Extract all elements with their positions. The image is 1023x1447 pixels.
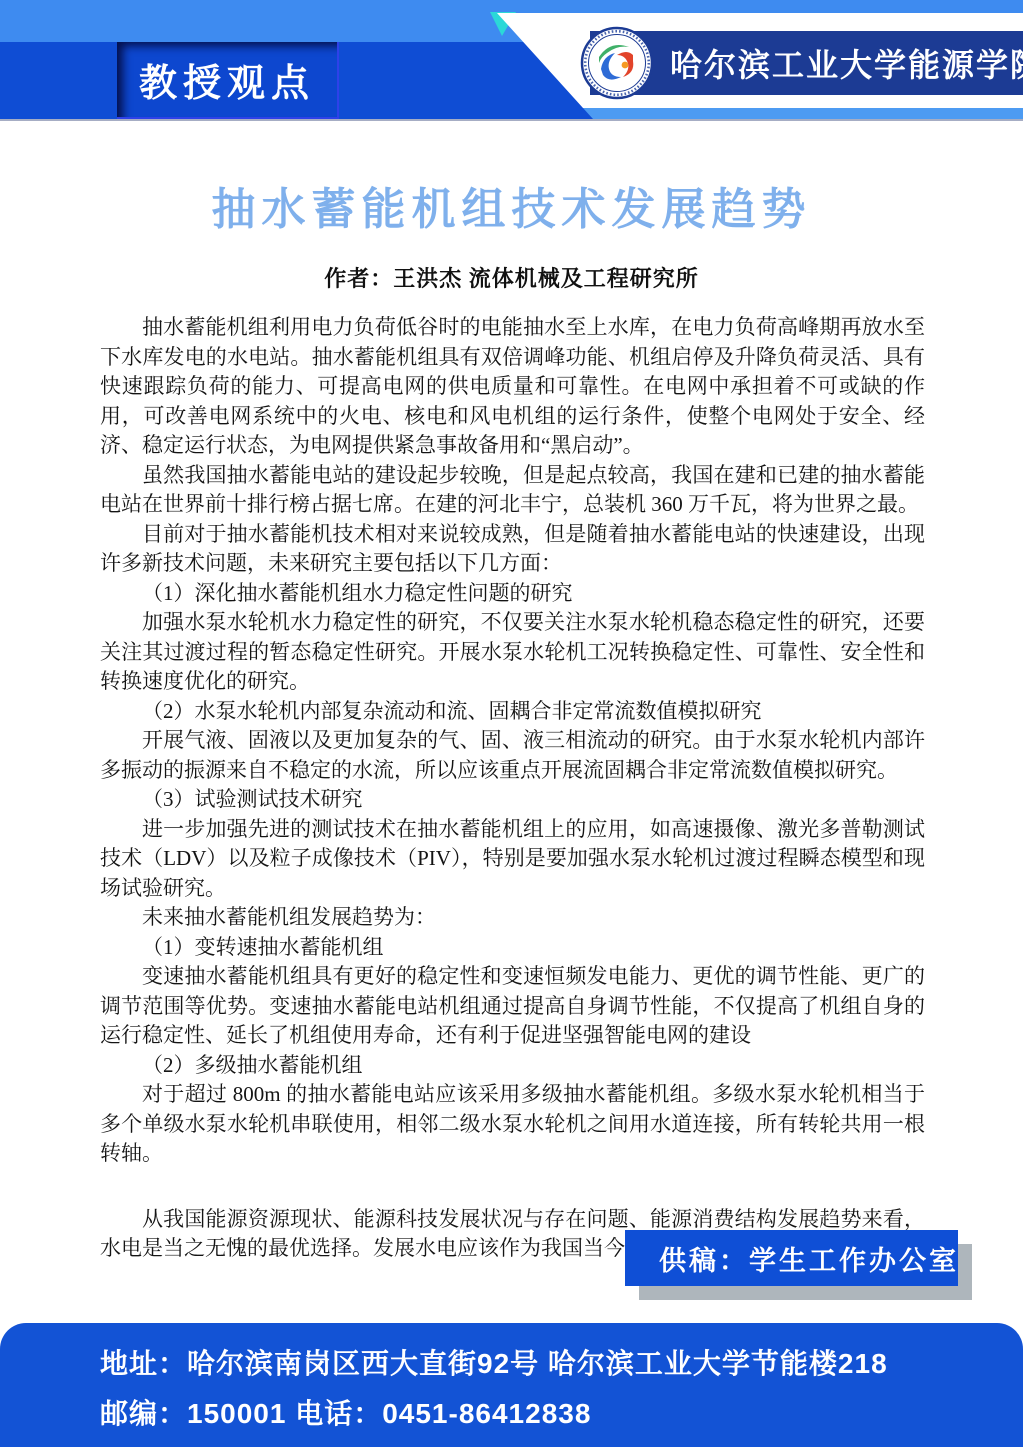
- contributor-badge-label: 供稿：学生工作办公室: [659, 1239, 959, 1278]
- body-paragraph: （2）多级抽水蓄能机组: [100, 1051, 925, 1081]
- body-paragraph: 进一步加强先进的测试技术在抽水蓄能机组上的应用，如高速摄像、激光多普勒测试技术（…: [100, 815, 925, 904]
- newsletter-page: 教授观点 哈尔滨工业大学能源学院 抽水蓄能机组技术发展趋势 作者：王洪杰 流体机…: [0, 0, 1023, 1447]
- body-paragraph: 目前对于抽水蓄能机技术相对来说较成熟，但是随着抽水蓄能电站的快速建设，出现许多新…: [100, 520, 925, 579]
- article-byline: 作者：王洪杰 流体机械及工程研究所: [0, 262, 1023, 293]
- contributor-badge: 供稿：学生工作办公室: [625, 1230, 958, 1286]
- body-paragraph: 虽然我国抽水蓄能电站的建设起步较晚，但是起点较高，我国在建和已建的抽水蓄能电站在…: [100, 461, 925, 520]
- section-label-box: 教授观点: [117, 42, 339, 119]
- body-paragraph: 对于超过 800m 的抽水蓄能电站应该采用多级抽水蓄能机组。多级水泵水轮机相当于…: [100, 1080, 925, 1169]
- article-title: 抽水蓄能机组技术发展趋势: [0, 186, 1023, 234]
- header-divider-line: [0, 119, 1023, 121]
- section-label: 教授观点: [139, 52, 315, 107]
- body-paragraph: （1）变转速抽水蓄能机组: [100, 933, 925, 963]
- body-paragraph: 抽水蓄能机组利用电力负荷低谷时的电能抽水至上水库，在电力负荷高峰期再放水至下水库…: [100, 313, 925, 461]
- header-banner: 教授观点 哈尔滨工业大学能源学院: [0, 0, 1023, 122]
- body-paragraph: （3）试验测试技术研究: [100, 785, 925, 815]
- footer-address: 地址：哈尔滨南岗区西大直街92号 哈尔滨工业大学节能楼218: [100, 1349, 1023, 1379]
- university-emblem-icon: [580, 26, 654, 100]
- body-paragraph: 开展气液、固液以及更加复杂的气、固、液三相流动的研究。由于水泵水轮机内部许多振动…: [100, 726, 925, 785]
- body-paragraph: 变速抽水蓄能机组具有更好的稳定性和变速恒频发电能力、更优的调节性能、更广的调节范…: [100, 962, 925, 1051]
- body-paragraph: （2）水泵水轮机内部复杂流动和流、固耦合非定常流数值模拟研究: [100, 697, 925, 727]
- footer-contact: 邮编：150001 电话：0451-86412838: [100, 1399, 1023, 1429]
- org-name: 哈尔滨工业大学能源学院: [670, 40, 1023, 86]
- article: 抽水蓄能机组技术发展趋势 作者：王洪杰 流体机械及工程研究所 抽水蓄能机组利用电…: [0, 122, 1023, 1264]
- body-paragraph: 加强水泵水轮机水力稳定性的研究，不仅要关注水泵水轮机稳态稳定性的研究，还要关注其…: [100, 608, 925, 697]
- body-paragraph: （1）深化抽水蓄能机组水力稳定性问题的研究: [100, 579, 925, 609]
- footer-bar: 地址：哈尔滨南岗区西大直街92号 哈尔滨工业大学节能楼218 邮编：150001…: [0, 1323, 1023, 1447]
- article-body: 抽水蓄能机组利用电力负荷低谷时的电能抽水至上水库，在电力负荷高峰期再放水至下水库…: [100, 313, 925, 1264]
- body-paragraph: 未来抽水蓄能机组发展趋势为：: [100, 903, 925, 933]
- org-name-bar: 哈尔滨工业大学能源学院: [590, 31, 1023, 95]
